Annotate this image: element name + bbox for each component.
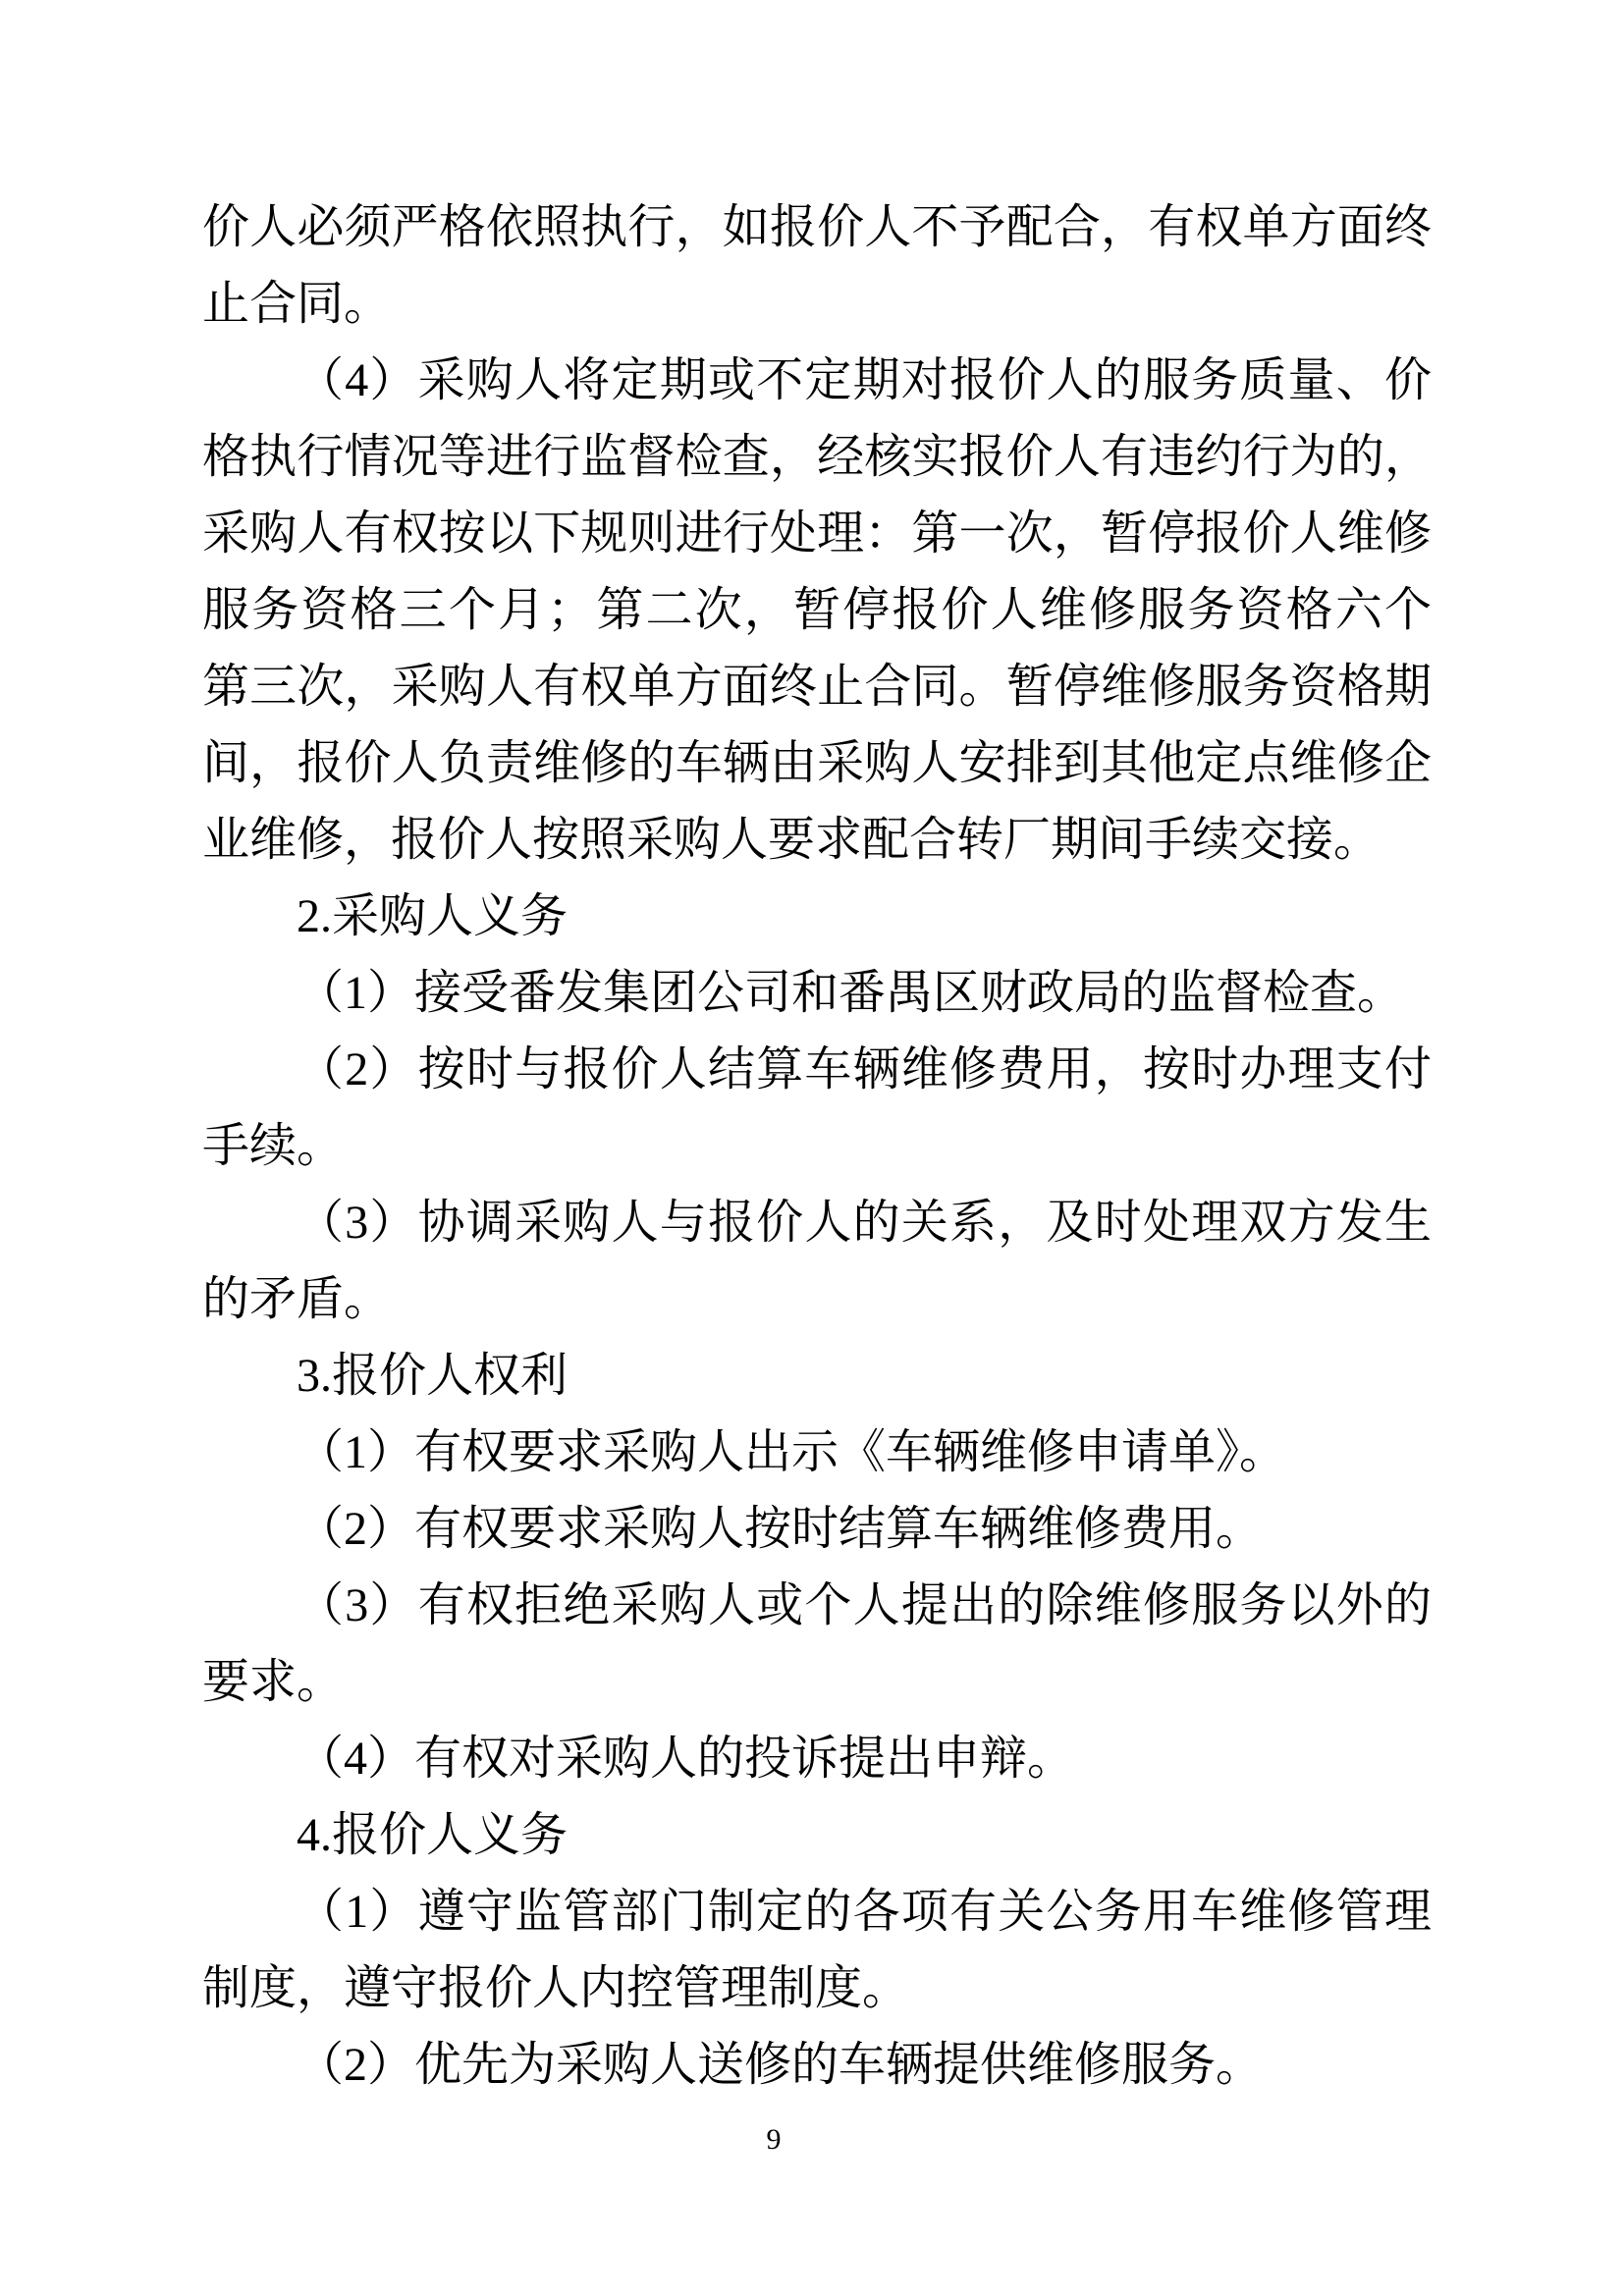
text-line: （2）按时与报价人结算车辆维修费用，按时办理支付 — [202, 1032, 1432, 1108]
document-page: 价人必须严格依照执行，如报价人不予配合，有权单方面终止合同。（4）采购人将定期或… — [0, 0, 1624, 2296]
text-line: 服务资格三个月；第二次，暂停报价人维修服务资格六个月； — [202, 572, 1432, 649]
text-line: 采购人有权按以下规则进行处理：第一次，暂停报价人维修 — [202, 496, 1432, 572]
text-line: （1）有权要求采购人出示《车辆维修申请单》。 — [202, 1415, 1432, 1491]
text-line: （4）有权对采购人的投诉提出申辩。 — [202, 1721, 1432, 1797]
text-line: 要求。 — [202, 1644, 1432, 1721]
text-line: （1）遵守监管部门制定的各项有关公务用车维修管理 — [202, 1874, 1432, 1950]
text-line: 4.报价人义务 — [202, 1797, 1432, 1874]
text-line: 3.报价人权利 — [202, 1338, 1432, 1415]
text-line: 2.采购人义务 — [202, 879, 1432, 955]
text-line: 间，报价人负责维修的车辆由采购人安排到其他定点维修企 — [202, 725, 1432, 802]
text-line: （4）采购人将定期或不定期对报价人的服务质量、价 — [202, 343, 1432, 419]
text-line: 价人必须严格依照执行，如报价人不予配合，有权单方面终 — [202, 189, 1432, 266]
text-line: 手续。 — [202, 1108, 1432, 1185]
text-line: 的矛盾。 — [202, 1261, 1432, 1338]
text-line: 止合同。 — [202, 266, 1432, 343]
text-line: （1）接受番发集团公司和番禺区财政局的监督检查。 — [202, 955, 1432, 1032]
text-line: （2）有权要求采购人按时结算车辆维修费用。 — [202, 1491, 1432, 1568]
text-line: 第三次，采购人有权单方面终止合同。暂停维修服务资格期 — [202, 649, 1432, 725]
text-line: （3）协调采购人与报价人的关系，及时处理双方发生 — [202, 1185, 1432, 1261]
text-line: 制度，遵守报价人内控管理制度。 — [202, 1950, 1432, 2027]
page-number: 9 — [0, 2120, 1547, 2160]
text-line: 格执行情况等进行监督检查，经核实报价人有违约行为的， — [202, 419, 1432, 496]
text-line: （3）有权拒绝采购人或个人提出的除维修服务以外的 — [202, 1568, 1432, 1644]
page-body: 价人必须严格依照执行，如报价人不予配合，有权单方面终止合同。（4）采购人将定期或… — [202, 189, 1432, 2104]
text-line: 业维修，报价人按照采购人要求配合转厂期间手续交接。 — [202, 802, 1432, 879]
text-line: （2）优先为采购人送修的车辆提供维修服务。 — [202, 2027, 1432, 2104]
